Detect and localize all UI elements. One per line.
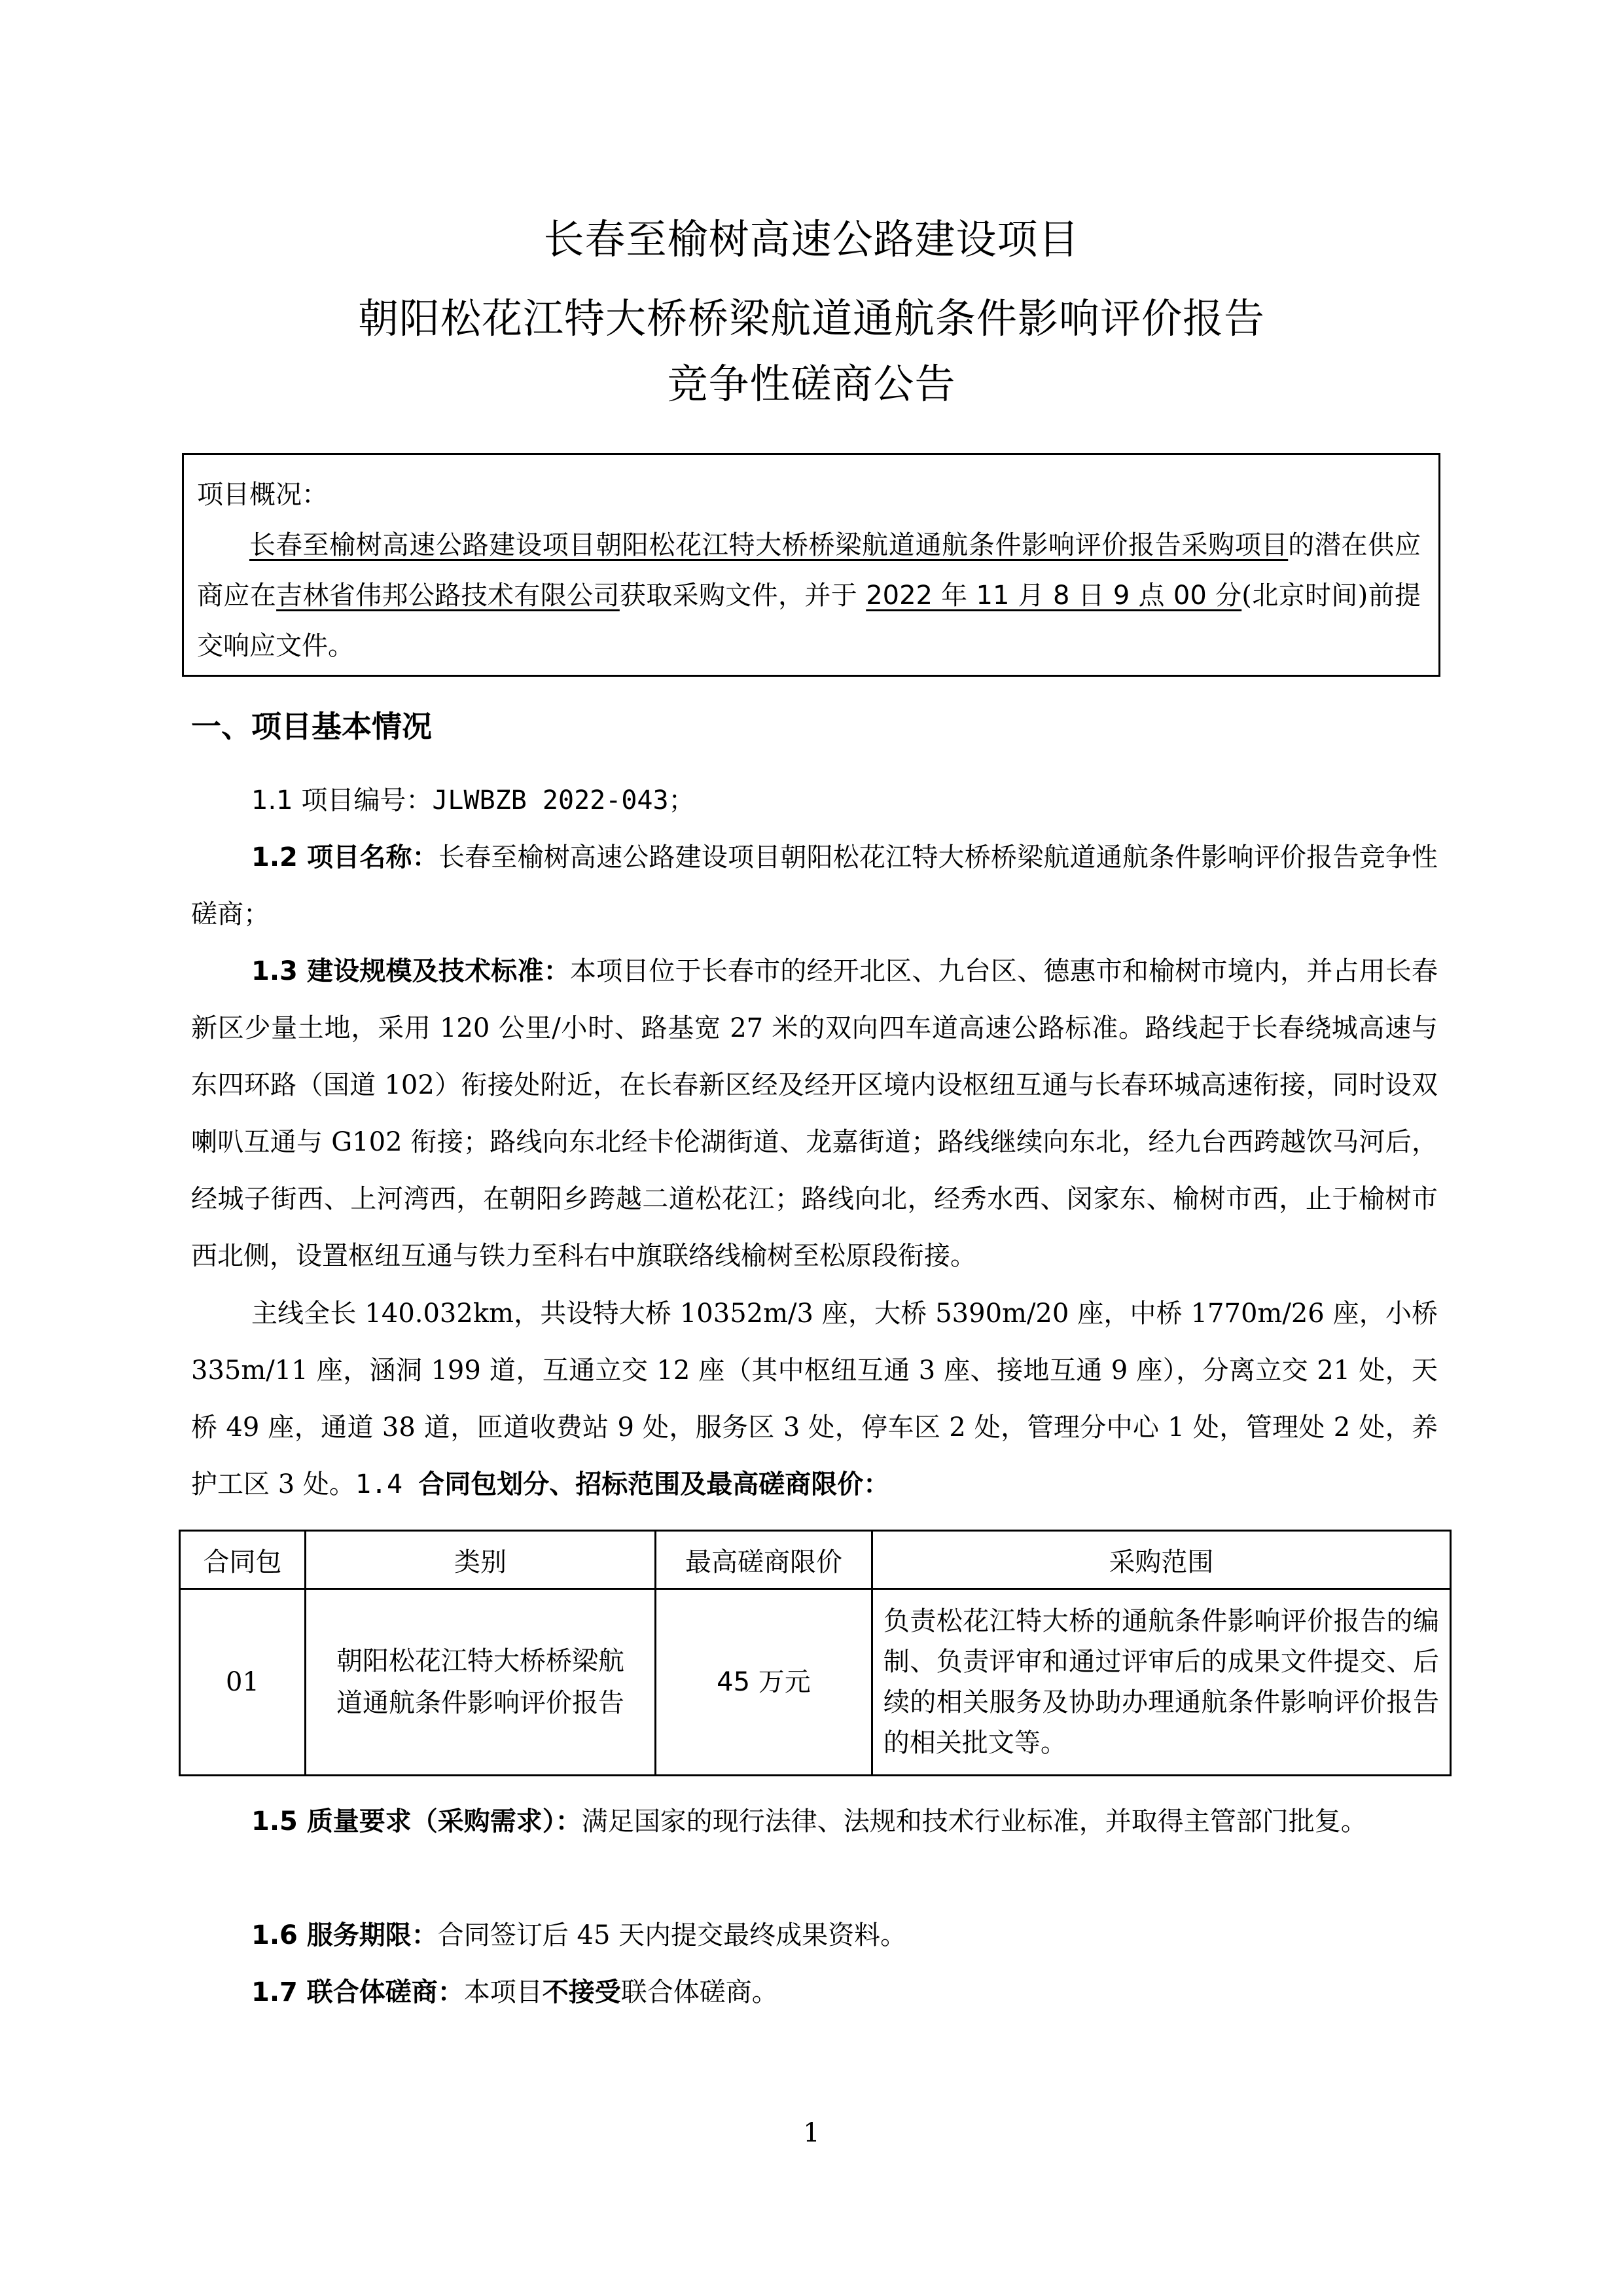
table-header-row: 合同包 类别 最高磋商限价 采购范围 <box>180 1531 1451 1589</box>
item-1-3: 1.3 建设规模及技术标准：本项目位于长春市的经开北区、九台区、德惠市和榆树市境… <box>191 943 1438 1285</box>
item-1-4-num: 1.4 <box>355 1469 418 1499</box>
document-title-line3: 竞争性磋商公告 <box>0 358 1623 410</box>
cell-max-price: 45 万元 <box>656 1589 872 1776</box>
item-1-6-value: 合同签订后 45 天内提交最终成果资料。 <box>438 1920 906 1950</box>
header-category: 类别 <box>306 1531 656 1589</box>
item-1-6: 1.6 服务期限：合同签订后 45 天内提交最终成果资料。 <box>191 1907 1438 1964</box>
overview-deadline: 2022 年 11 月 8 日 9 点 00 分 <box>866 581 1241 611</box>
item-1-1: 1.1 项目编号：JLWBZB 2022-043； <box>191 772 1438 829</box>
page-number: 1 <box>0 2118 1623 2148</box>
item-1-6-label: 1.6 服务期限： <box>251 1920 438 1950</box>
overview-project-name: 长春至榆树高速公路建设项目朝阳松花江特大桥桥梁航道通航条件影响评价报告采购项目 <box>249 530 1288 560</box>
item-1-5: 1.5 质量要求（采购需求）：满足国家的现行法律、法规和技术行业标准，并取得主管… <box>191 1793 1438 1850</box>
cell-scope: 负责松花江特大桥的通航条件影响评价报告的编制、负责评审和通过评审后的成果文件提交… <box>872 1589 1450 1776</box>
overview-label: 项目概况： <box>197 478 328 511</box>
cell-category: 朝阳松花江特大桥桥梁航道通航条件影响评价报告 <box>306 1589 656 1776</box>
item-1-7-value-a: 本项目 <box>464 1977 543 2007</box>
project-overview-box: 项目概况： 长春至榆树高速公路建设项目朝阳松花江特大桥桥梁航道通航条件影响评价报… <box>182 453 1440 677</box>
item-1-7-label: 1.7 联合体磋商： <box>251 1977 464 2007</box>
item-1-5-value: 满足国家的现行法律、法规和技术行业标准，并取得主管部门批复。 <box>582 1806 1367 1837</box>
section-heading: 一、项目基本情况 <box>191 707 432 746</box>
document-title-line1: 长春至榆树高速公路建设项目 <box>0 213 1623 266</box>
item-1-7-value-b: 联合体磋商。 <box>621 1977 778 2007</box>
item-1-2-label: 1.2 项目名称： <box>251 842 438 872</box>
item-1-5-label: 1.5 质量要求（采购需求）： <box>251 1806 582 1837</box>
document-title-line2: 朝阳松花江特大桥桥梁航道通航条件影响评价报告 <box>0 293 1623 345</box>
item-1-2: 1.2 项目名称：长春至榆树高速公路建设项目朝阳松花江特大桥桥梁航道通航条件影响… <box>191 829 1438 943</box>
item-1-1-value: JLWBZB 2022-043； <box>432 785 694 816</box>
contract-package-table: 合同包 类别 最高磋商限价 采购范围 01 朝阳松花江特大桥桥梁航道通航条件影响… <box>179 1530 1452 1776</box>
header-max-price: 最高磋商限价 <box>656 1531 872 1589</box>
item-1-7: 1.7 联合体磋商：本项目不接受联合体磋商。 <box>191 1964 1438 2021</box>
mainline-paragraph: 主线全长 140.032km，共设特大桥 10352m/3 座，大桥 5390m… <box>191 1285 1438 1513</box>
item-1-4-label: 合同包划分、招标范围及最高磋商限价： <box>418 1469 889 1499</box>
overview-text: 长春至榆树高速公路建设项目朝阳松花江特大桥桥梁航道通航条件影响评价报告采购项目的… <box>197 520 1421 672</box>
item-1-7-value-bold: 不接受 <box>543 1977 621 2007</box>
item-1-1-label: 1.1 项目编号： <box>251 785 432 816</box>
table-row: 01 朝阳松花江特大桥桥梁航道通航条件影响评价报告 45 万元 负责松花江特大桥… <box>180 1589 1451 1776</box>
item-1-3-label: 1.3 建设规模及技术标准： <box>251 956 570 986</box>
header-scope: 采购范围 <box>872 1531 1450 1589</box>
overview-agency: 吉林省伟邦公路技术有限公司 <box>276 581 620 611</box>
item-1-3-value: 本项目位于长春市的经开北区、九台区、德惠市和榆树市境内，并占用长春新区少量土地，… <box>191 956 1438 1271</box>
header-package: 合同包 <box>180 1531 306 1589</box>
cell-package: 01 <box>180 1589 306 1776</box>
overview-text-b: 获取采购文件，并于 <box>620 581 866 611</box>
